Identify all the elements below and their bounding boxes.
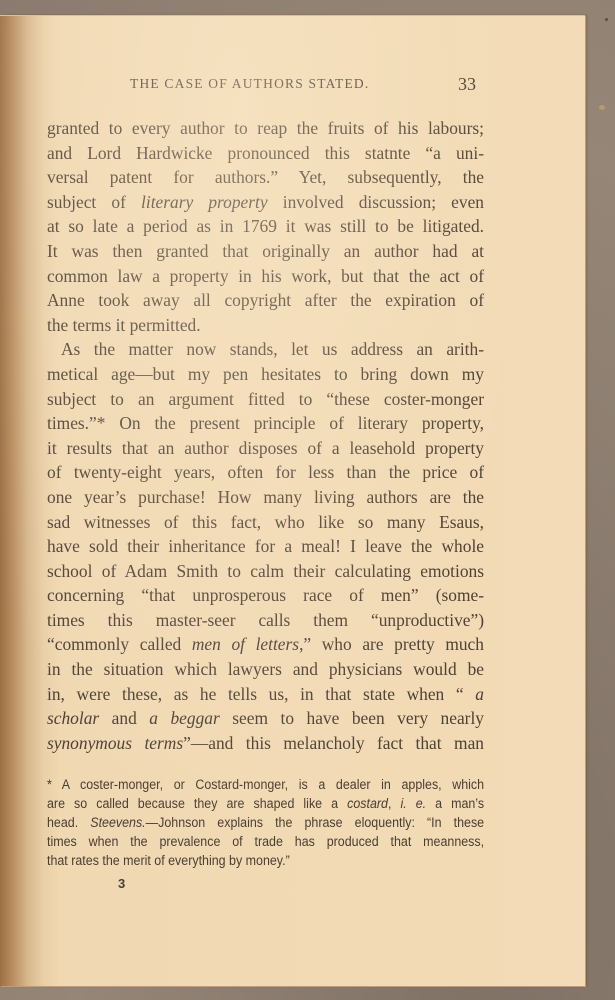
text-run: involved discussion; even	[268, 192, 484, 212]
page-number: 33	[458, 74, 476, 95]
italic-phrase: a beggar	[149, 708, 219, 728]
text-run: times when the prevalence of trade has p…	[47, 834, 484, 849]
text-run: ”—and this melancholy fact that man	[183, 733, 484, 753]
footnote-line: * A coster-monger, or Costard-monger, is…	[47, 776, 484, 795]
text-run: * A coster-monger, or Costard-monger, is…	[47, 777, 484, 792]
footnote-line: are so called because they are shaped li…	[47, 795, 484, 814]
text-run: versal patent for authors.” Yet, subsequ…	[47, 167, 484, 187]
italic-phrase: Steevens.	[90, 815, 145, 830]
text-line: “commonly called men of letters,” who ar…	[47, 632, 484, 657]
text-run: school of Adam Smith to calm their calcu…	[47, 561, 484, 581]
text-run: it results that an author disposes of a …	[47, 438, 484, 458]
text-line: granted to every author to reap the frui…	[47, 116, 484, 141]
text-run: metical age—but my pen hesitates to brin…	[47, 364, 484, 384]
italic-phrase: costard	[347, 796, 388, 811]
signature-mark: 3	[118, 876, 125, 891]
text-run: granted to every author to reap the frui…	[47, 118, 484, 138]
italic-phrase: literary property	[141, 192, 268, 212]
text-run: —Johnson explains the phrase eloquently:…	[146, 815, 484, 830]
text-run: As the matter now stands, let us address…	[61, 339, 484, 359]
text-run: ,	[388, 796, 400, 811]
text-line: scholar and a beggar seem to have been v…	[47, 706, 484, 731]
text-run: sad witnesses of this fact, who like so …	[47, 512, 484, 532]
italic-phrase: men of letters	[192, 634, 299, 654]
text-run: subject to an argument fitted to “these …	[47, 389, 484, 409]
text-run: head.	[47, 815, 90, 830]
text-line: have sold their inheritance for a meal! …	[47, 534, 484, 559]
italic-phrase: synonymous terms	[47, 733, 183, 753]
page-header: THE CASE OF AUTHORS STATED. 33	[130, 74, 480, 98]
text-line: Anne took away all copyright after the e…	[47, 288, 484, 313]
text-run: and Lord Hardwicke pronounced this statn…	[47, 143, 484, 163]
text-line: and Lord Hardwicke pronounced this statn…	[47, 141, 484, 166]
text-line: It was then granted that originally an a…	[47, 239, 484, 264]
text-line: one year’s purchase! How many living aut…	[47, 485, 484, 510]
footnote-line: times when the prevalence of trade has p…	[47, 833, 484, 852]
footnote-line: head. Steevens.—Johnson explains the phr…	[47, 814, 484, 833]
text-line: it results that an author disposes of a …	[47, 436, 484, 461]
body-text: granted to every author to reap the frui…	[47, 116, 484, 755]
text-run: times.”* On the present principle of lit…	[47, 413, 484, 433]
book-page: THE CASE OF AUTHORS STATED. 33 granted t…	[0, 15, 585, 986]
text-run: of twenty-eight years, often for less th…	[47, 462, 484, 482]
text-run: common law a property in his work, but t…	[47, 266, 484, 286]
text-run: in, were these, as he tells us, in that …	[47, 684, 475, 704]
text-run: concerning “that unprosperous race of me…	[47, 585, 484, 605]
text-line: the terms it permitted.	[47, 313, 484, 338]
text-run: one year’s purchase! How many living aut…	[47, 487, 484, 507]
text-run: in the situation which lawyers and physi…	[47, 659, 484, 679]
text-line: subject to an argument fitted to “these …	[47, 387, 484, 412]
text-line: synonymous terms”—and this melancholy fa…	[47, 731, 484, 756]
text-line: metical age—but my pen hesitates to brin…	[47, 362, 484, 387]
italic-phrase: i. e.	[400, 796, 426, 811]
text-run: times this master-seer calls them “unpro…	[47, 610, 484, 630]
text-run: at so late a period as in 1769 it was st…	[47, 216, 484, 236]
text-run: Anne took away all copyright after the e…	[47, 290, 484, 310]
text-line: As the matter now stands, let us address…	[47, 337, 484, 362]
text-line: versal patent for authors.” Yet, subsequ…	[47, 165, 484, 190]
text-run: a man’s	[426, 796, 484, 811]
text-run: have sold their inheritance for a meal! …	[47, 536, 484, 556]
text-line: sad witnesses of this fact, who like so …	[47, 510, 484, 535]
text-run: and	[99, 708, 149, 728]
text-line: in, were these, as he tells us, in that …	[47, 682, 484, 707]
text-run: ,” who are pretty much	[299, 634, 484, 654]
italic-phrase: a	[475, 684, 484, 704]
italic-phrase: scholar	[47, 708, 99, 728]
text-line: of twenty-eight years, often for less th…	[47, 460, 484, 485]
text-run: subject of	[47, 192, 141, 212]
text-line: subject of literary property involved di…	[47, 190, 484, 215]
text-line: times this master-seer calls them “unpro…	[47, 608, 484, 633]
paper-speck	[599, 105, 605, 110]
text-run: that rates the merit of everything by mo…	[47, 853, 290, 868]
text-line: common law a property in his work, but t…	[47, 264, 484, 289]
text-run: are so called because they are shaped li…	[47, 796, 347, 811]
dust-speck	[605, 18, 608, 21]
footnote-line: that rates the merit of everything by mo…	[47, 852, 484, 871]
footnote: * A coster-monger, or Costard-monger, is…	[47, 776, 453, 870]
text-line: in the situation which lawyers and physi…	[47, 657, 484, 682]
text-run: It was then granted that originally an a…	[47, 241, 484, 261]
text-run: the terms it permitted.	[47, 315, 201, 335]
text-line: school of Adam Smith to calm their calcu…	[47, 559, 484, 584]
text-run: “commonly called	[47, 634, 192, 654]
text-line: at so late a period as in 1769 it was st…	[47, 214, 484, 239]
running-head: THE CASE OF AUTHORS STATED.	[130, 76, 369, 92]
text-run: seem to have been very nearly	[220, 708, 484, 728]
text-line: times.”* On the present principle of lit…	[47, 411, 484, 436]
text-line: concerning “that unprosperous race of me…	[47, 583, 484, 608]
